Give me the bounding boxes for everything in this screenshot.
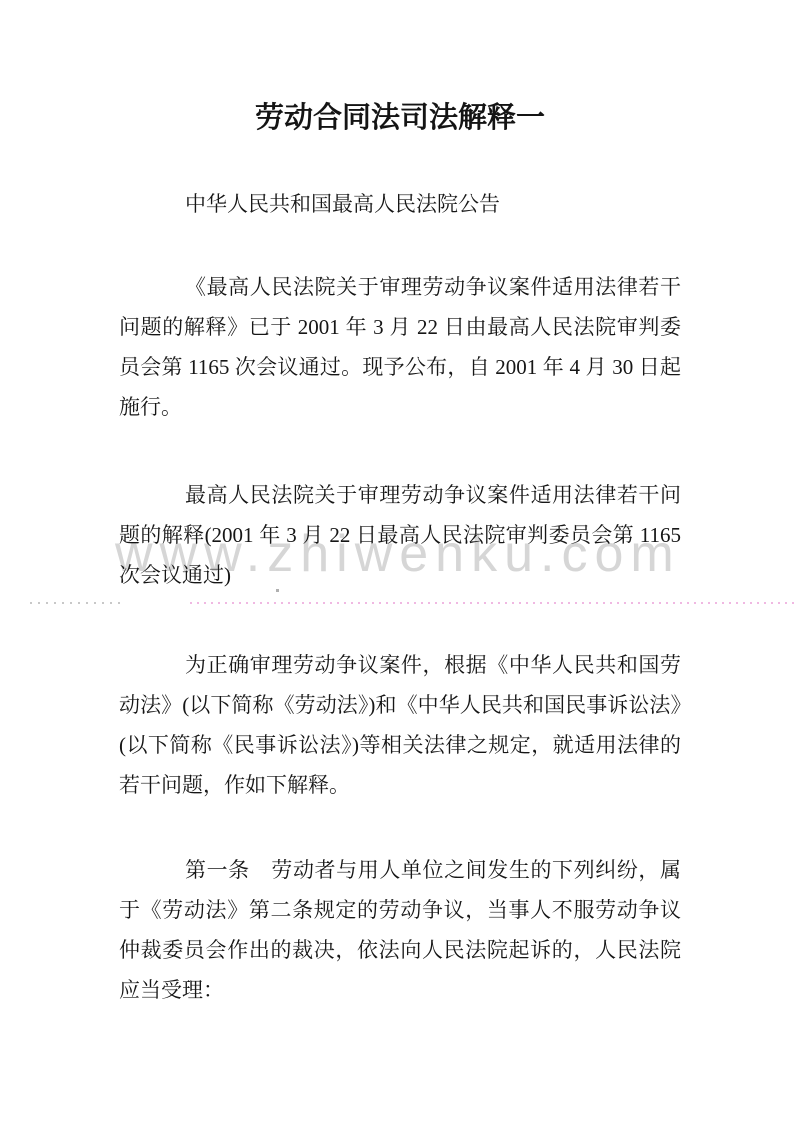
document-title: 劳动合同法司法解释一 — [119, 96, 681, 140]
divider-right-segment — [190, 602, 796, 604]
document-page: www.zhiwenku.com 劳动合同法司法解释一 中华人民共和国最高人民法… — [0, 0, 800, 1132]
paragraph-interpretation-heading: 最高人民法院关于审理劳动争议案件适用法律若干问题的解释(2001 年 3 月 2… — [119, 475, 681, 595]
paragraph-preamble: 为正确审理劳动争议案件，根据《中华人民共和国劳动法》(以下简称《劳动法》)和《中… — [119, 645, 681, 805]
scan-artifact-speck — [276, 589, 279, 592]
dotted-divider — [0, 602, 800, 605]
announcement-line: 中华人民共和国最高人民法院公告 — [119, 184, 681, 224]
paragraph-promulgation-notice: 《最高人民法院关于审理劳动争议案件适用法律若干问题的解释》已于 2001 年 3… — [119, 267, 681, 427]
paragraph-article-1: 第一条 劳动者与用人单位之间发生的下列纠纷，属于《劳动法》第二条规定的劳动争议，… — [119, 850, 681, 1010]
divider-left-segment — [30, 602, 122, 604]
